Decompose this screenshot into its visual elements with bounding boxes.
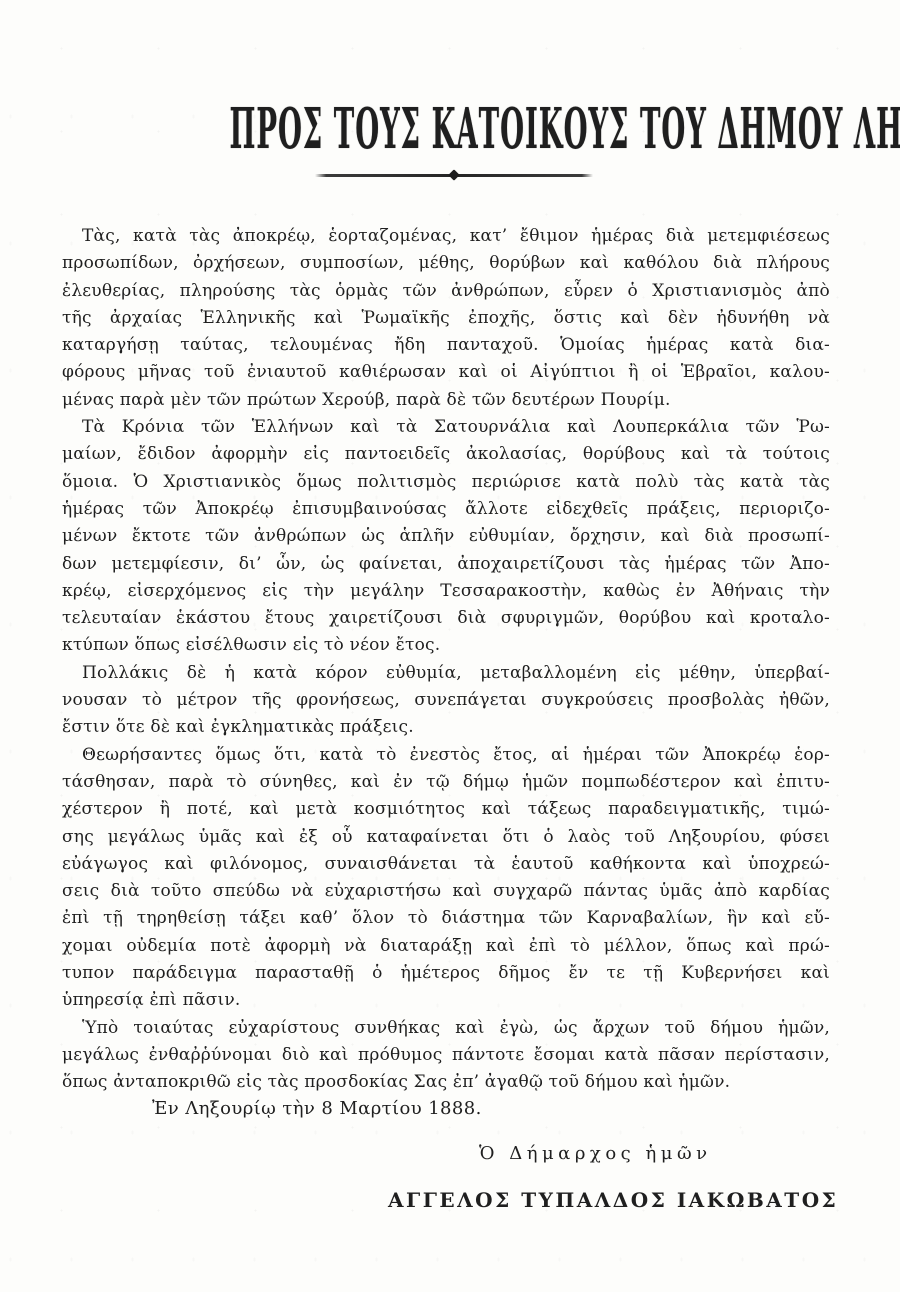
text-line: ἐλευθερίας, πληρούσης τὰς ὁρμὰς τῶν ἀνθρ… xyxy=(62,278,830,305)
text-line: κρέῳ, εἰσερχόμενος εἰς τὴν μεγάλην Τεσσα… xyxy=(62,578,830,605)
document-body: Τὰς, κατὰ τὰς ἀποκρέῳ, ἑορταζομένας, κατ… xyxy=(62,223,830,1097)
text-line: ἡμέρας τῶν Ἀποκρέῳ ἐπισυμβαινούσας ἄλλοτ… xyxy=(62,496,830,523)
text-line: χομαι οὐδεμία ποτὲ ἀφορμὴ νὰ διαταράξῃ κ… xyxy=(62,933,830,960)
text-line: κτύπων ὅπως εἰσέλθωσιν εἰς τὸ νέον ἔτος. xyxy=(62,632,830,659)
text-line: μαίων, ἔδιδον ἀφορμὴν εἰς παντοειδεῖς ἀκ… xyxy=(62,441,830,468)
ornamental-divider-rule xyxy=(315,174,593,177)
text-line: Τὰ Κρόνια τῶν Ἑλλήνων καὶ τὰ Σατουρνάλια… xyxy=(62,414,830,441)
paragraph: Ὑπὸ τοιαύτας εὐχαρίστους συνθήκας καὶ ἐγ… xyxy=(62,1015,830,1097)
text-line: προσωπίδων, ὀρχήσεων, συμποσίων, μέθης, … xyxy=(62,250,830,277)
text-line: Θεωρήσαντες ὅμως ὅτι, κατὰ τὸ ἐνεστὸς ἔτ… xyxy=(62,742,830,769)
text-line: Πολλάκις δὲ ἡ κατὰ κόρον εὐθυμία, μεταβα… xyxy=(62,660,830,687)
paragraph: Τὰς, κατὰ τὰς ἀποκρέῳ, ἑορταζομένας, κατ… xyxy=(62,223,830,414)
text-line: ὅπως ἀνταποκριθῶ εἰς τὰς προσδοκίας Σας … xyxy=(62,1069,830,1096)
text-line: φόρους μῆνας τοῦ ἐνιαυτοῦ καθιέρωσαν καὶ… xyxy=(62,359,830,386)
text-line: χέστερον ἢ ποτέ, καὶ μετὰ κοσμιότητος κα… xyxy=(62,796,830,823)
text-line: καταργήσῃ ταύτας, τελουμένας ἤδη πανταχο… xyxy=(62,332,830,359)
signature-name: ΑΓΓΕΛΟΣ ΤΥΠΑΛΔΟΣ ΙΑΚΩΒΑΤΟΣ xyxy=(388,1188,838,1212)
text-line: εὐάγωγος καὶ φιλόνομος, συναισθάνεται τὰ… xyxy=(62,851,830,878)
text-line: δων μετεμφίεσιν, δι’ ὧν, ὡς φαίνεται, ἀπ… xyxy=(62,551,830,578)
text-line: σης μεγάλως ὑμᾶς καὶ ἐξ οὗ καταφαίνεται … xyxy=(62,824,830,851)
dateline: Ἐν Ληξουρίῳ τὴν 8 Μαρτίου 1888. xyxy=(152,1098,482,1119)
paragraph: Πολλάκις δὲ ἡ κατὰ κόρον εὐθυμία, μεταβα… xyxy=(62,660,830,742)
text-line: Ὑπὸ τοιαύτας εὐχαρίστους συνθήκας καὶ ἐγ… xyxy=(62,1015,830,1042)
text-line: Τὰς, κατὰ τὰς ἀποκρέῳ, ἑορταζομένας, κατ… xyxy=(62,223,830,250)
signature-role: Ὁ Δήμαρχος ἡμῶν xyxy=(479,1143,712,1164)
text-line: νουσαν τὸ μέτρον τῆς φρονήσεως, συνεπάγε… xyxy=(62,687,830,714)
text-line: μένων ἔκτοτε τῶν ἀνθρώπων ὡς ἁπλῆν εὐθυμ… xyxy=(62,523,830,550)
text-line: ὅμοια. Ὁ Χριστιανικὸς ὅμως πολιτισμὸς πε… xyxy=(62,469,830,496)
text-line: ὑπηρεσίᾳ ἐπὶ πᾶσιν. xyxy=(62,987,830,1014)
text-line: μεγάλως ἐνθαῤῥύνομαι διὸ καὶ πρόθυμος πά… xyxy=(62,1042,830,1069)
text-line: ἐπὶ τῇ τηρηθείσῃ τάξει καθ’ ὅλον τὸ διάσ… xyxy=(62,905,830,932)
text-line: τυπον παράδειγμα παρασταθῇ ὁ ἡμέτερος δῆ… xyxy=(62,960,830,987)
text-line: μένας παρὰ μὲν τῶν πρώτων Χερούβ, παρὰ δ… xyxy=(62,387,830,414)
text-line: τελευταίαν ἑκάστου ἔτους χαιρετίζουσι δι… xyxy=(62,605,830,632)
paragraph: Τὰ Κρόνια τῶν Ἑλλήνων καὶ τὰ Σατουρνάλια… xyxy=(62,414,830,660)
paragraph: Θεωρήσαντες ὅμως ὅτι, κατὰ τὸ ἐνεστὸς ἔτ… xyxy=(62,742,830,1015)
text-line: τῆς ἀρχαίας Ἑλληνικῆς καὶ Ῥωμαϊκῆς ἐποχῆ… xyxy=(62,305,830,332)
scanned-document-page: ΠΡΟΣ ΤΟΥΣ ΚΑΤΟΙΚΟΥΣ ΤΟΥ ΔΗΜΟΥ ΛΗΞΟΥΡΙΟΥ … xyxy=(0,0,900,1292)
document-title: ΠΡΟΣ ΤΟΥΣ ΚΑΤΟΙΚΟΥΣ ΤΟΥ ΔΗΜΟΥ ΛΗΞΟΥΡΙΟΥ xyxy=(230,100,671,159)
text-line: ἔστιν ὅτε δὲ καὶ ἐγκληματικὰς πράξεις. xyxy=(62,714,830,741)
text-line: σεις διὰ τοῦτο σπεύδω νὰ εὐχαριστήσω καὶ… xyxy=(62,878,830,905)
text-line: τάσθησαν, παρὰ τὸ σύνηθες, καὶ ἐν τῷ δήμ… xyxy=(62,769,830,796)
